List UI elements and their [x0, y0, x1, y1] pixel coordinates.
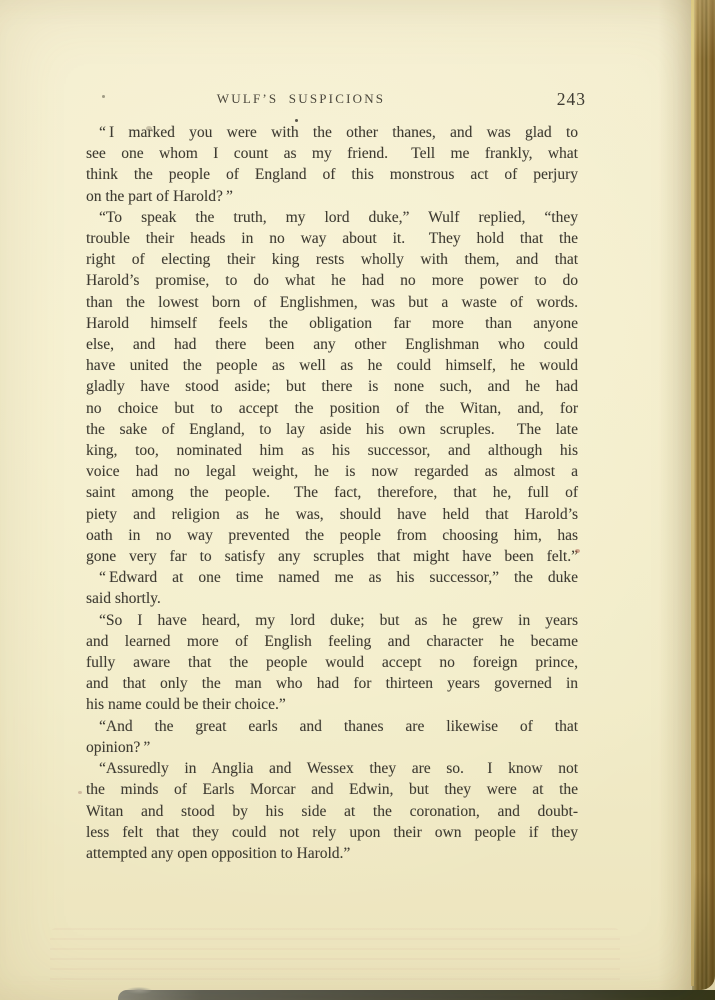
text-line: oath in no way prevented the people from…: [86, 525, 578, 546]
paragraph: “ Edward at one time named me as his suc…: [86, 567, 578, 609]
book-page: WULF’S SUSPICIONS 243 “ I marked you wer…: [0, 0, 715, 1000]
text-line: “Assuredly in Anglia and Wessex they are…: [86, 758, 578, 779]
stain-dot: [575, 549, 580, 553]
page-curvature-shadow: [658, 0, 692, 1000]
page-text: “ I marked you were with the other thane…: [86, 122, 578, 864]
text-line: think the people of England of this mons…: [86, 164, 578, 185]
page-number: 243: [557, 89, 586, 110]
paragraph: “So I have heard, my lord duke; but as h…: [86, 610, 578, 716]
text-line: saint among the people. The fact, theref…: [86, 482, 578, 503]
paragraph: “To speak the truth, my lord duke,” Wulf…: [86, 207, 578, 567]
text-line: than the lowest born of Englishmen, was …: [86, 292, 578, 313]
text-line: Witan and stood by his side at the coron…: [86, 801, 578, 822]
text-line: Harold’s promise, to do what he had no m…: [86, 270, 578, 291]
text-line: see one whom I count as my friend. Tell …: [86, 143, 578, 164]
text-line: “So I have heard, my lord duke; but as h…: [86, 610, 578, 631]
ink-speck: [295, 119, 298, 122]
text-line: “ Edward at one time named me as his suc…: [86, 567, 578, 588]
text-line: less felt that they could not rely upon …: [86, 822, 578, 843]
page-header: WULF’S SUSPICIONS 243: [86, 89, 586, 109]
text-line: opinion? ”: [86, 737, 578, 758]
text-line: “ I marked you were with the other thane…: [86, 122, 578, 143]
text-line: gladly have stood aside; but there is no…: [86, 376, 578, 397]
text-line: said shortly.: [86, 588, 578, 609]
paragraph: “Assuredly in Anglia and Wessex they are…: [86, 758, 578, 864]
ink-speck: [102, 95, 105, 98]
text-line: the sake of England, to lay aside his ow…: [86, 419, 578, 440]
text-line: the minds of Earls Morcar and Edwin, but…: [86, 779, 578, 800]
text-line: voice had no legal weight, he is now reg…: [86, 461, 578, 482]
text-line: gone very far to satisfy any scruples th…: [86, 546, 578, 567]
text-line: have united the people as well as he cou…: [86, 355, 578, 376]
text-line: his name could be their choice.”: [86, 694, 578, 715]
text-line: and that only the man who had for thirte…: [86, 673, 578, 694]
bottom-edge-shadow: [118, 990, 715, 1000]
paper-smudge: [146, 126, 152, 131]
text-line: Harold himself feels the obligation far …: [86, 313, 578, 334]
book-fore-edge: [692, 0, 715, 990]
text-line: attempted any open opposition to Harold.…: [86, 843, 578, 864]
text-line: “To speak the truth, my lord duke,” Wulf…: [86, 207, 578, 228]
text-line: else, and had there been any other Engli…: [86, 334, 578, 355]
text-line: and learned more of English feeling and …: [86, 631, 578, 652]
text-line: right of electing their king rests wholl…: [86, 249, 578, 270]
text-line: “And the great earls and thanes are like…: [86, 716, 578, 737]
text-line: piety and religion as he was, should hav…: [86, 504, 578, 525]
paragraph: “And the great earls and thanes are like…: [86, 716, 578, 758]
text-line: fully aware that the people would accept…: [86, 652, 578, 673]
fore-edge-highlight: [691, 0, 694, 986]
running-title: WULF’S SUSPICIONS: [86, 91, 516, 107]
scanner-striations: [50, 928, 620, 986]
text-line: trouble their heads in no way about it. …: [86, 228, 578, 249]
scanned-book-photo: WULF’S SUSPICIONS 243 “ I marked you wer…: [0, 0, 715, 1000]
text-line: king, too, nominated him as his successo…: [86, 440, 578, 461]
text-line: on the part of Harold? ”: [86, 186, 578, 207]
text-line: no choice but to accept the position of …: [86, 398, 578, 419]
paper-smudge: [78, 791, 82, 794]
paragraph: “ I marked you were with the other thane…: [86, 122, 578, 207]
